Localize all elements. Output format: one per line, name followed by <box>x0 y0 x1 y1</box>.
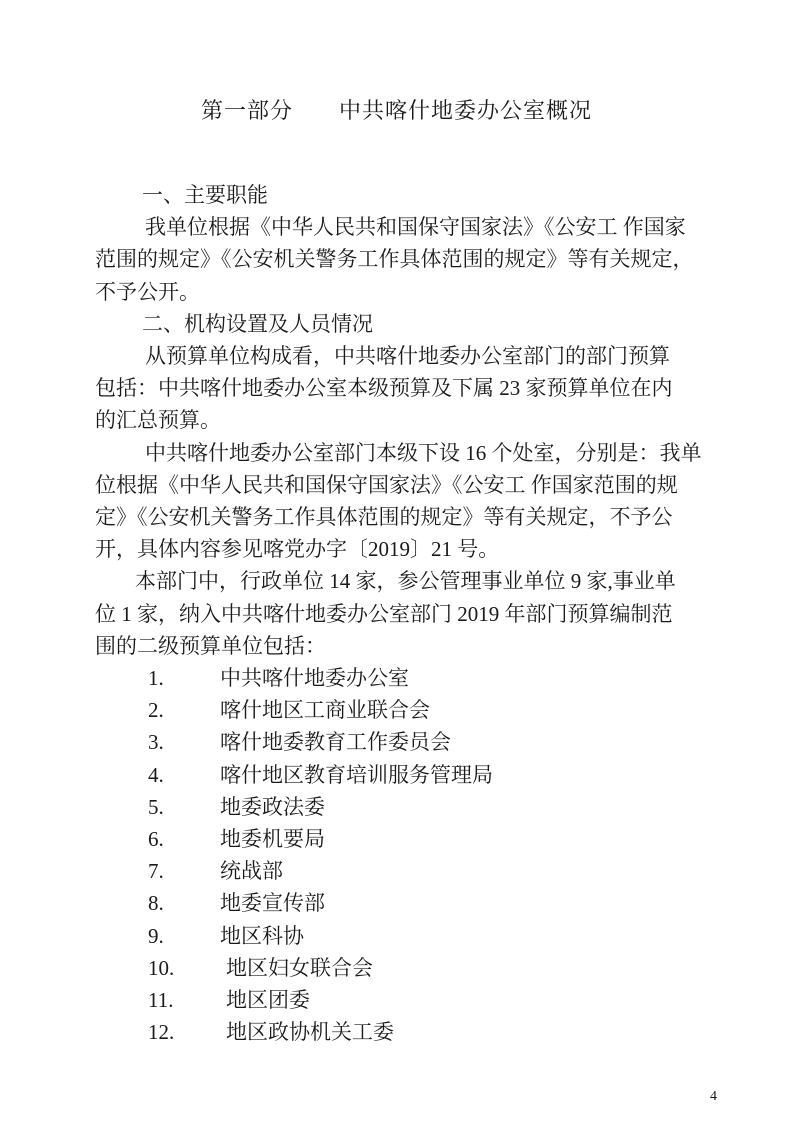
budget-unit-number: 10. <box>148 952 220 984</box>
budget-unit-name: 统战部 <box>220 855 283 887</box>
budget-unit-name: 地委政法委 <box>220 791 325 823</box>
budget-unit-list: 1.中共喀什地委办公室2.喀什地区工商业联合会3.喀什地委教育工作委员会4.喀什… <box>148 662 705 1048</box>
budget-unit-name: 地区政协机关工委 <box>220 1016 394 1048</box>
document-page: 第一部分 中共喀什地委办公室概况 一、主要职能 我单位根据《中华人民共和国保守国… <box>0 0 793 1122</box>
budget-unit-row: 3.喀什地委教育工作委员会 <box>148 726 705 758</box>
budget-unit-number: 2. <box>148 694 220 726</box>
budget-unit-number: 7. <box>148 855 220 887</box>
document-title: 第一部分 中共喀什地委办公室概况 <box>0 96 793 126</box>
budget-unit-number: 11. <box>148 984 220 1016</box>
budget-unit-row: 9.地区科协 <box>148 920 705 952</box>
budget-unit-row: 11.地区团委 <box>148 984 705 1016</box>
section-heading-main-functions: 一、主要职能 <box>95 179 705 211</box>
budget-unit-name: 地委宣传部 <box>220 887 325 919</box>
budget-unit-number: 8. <box>148 887 220 919</box>
budget-unit-name: 中共喀什地委办公室 <box>220 662 409 694</box>
paragraph-unit-counts: 本部门中，行政单位 14 家，参公管理事业单位 9 家,事业单 位 1 家，纳入… <box>95 565 705 662</box>
budget-unit-row: 2.喀什地区工商业联合会 <box>148 694 705 726</box>
budget-unit-row: 8.地委宣传部 <box>148 887 705 919</box>
budget-unit-row: 10.地区妇女联合会 <box>148 952 705 984</box>
paragraph-budget-composition: 从预算单位构成看，中共喀什地委办公室部门的部门预算 包括：中共喀什地委办公室本级… <box>95 340 705 437</box>
budget-unit-name: 喀什地区工商业联合会 <box>220 694 430 726</box>
budget-unit-name: 喀什地区教育培训服务管理局 <box>220 759 493 791</box>
budget-unit-number: 12. <box>148 1016 220 1048</box>
budget-unit-number: 4. <box>148 759 220 791</box>
budget-unit-row: 7.统战部 <box>148 855 705 887</box>
budget-unit-row: 6.地委机要局 <box>148 823 705 855</box>
budget-unit-name: 地区团委 <box>220 984 310 1016</box>
budget-unit-name: 地委机要局 <box>220 823 325 855</box>
section-heading-organization: 二、机构设置及人员情况 <box>95 308 705 340</box>
budget-unit-number: 5. <box>148 791 220 823</box>
budget-unit-row: 12.地区政协机关工委 <box>148 1016 705 1048</box>
document-body: 一、主要职能 我单位根据《中华人民共和国保守国家法》《公安工 作国家 范围的规定… <box>95 179 705 1048</box>
budget-unit-name: 地区科协 <box>220 920 304 952</box>
budget-unit-name: 地区妇女联合会 <box>220 952 373 984</box>
paragraph-main-functions: 我单位根据《中华人民共和国保守国家法》《公安工 作国家 范围的规定》《公安机关警… <box>95 211 705 308</box>
page-number: 4 <box>710 1088 717 1106</box>
budget-unit-number: 3. <box>148 726 220 758</box>
budget-unit-row: 5.地委政法委 <box>148 791 705 823</box>
budget-unit-number: 1. <box>148 662 220 694</box>
budget-unit-row: 4.喀什地区教育培训服务管理局 <box>148 759 705 791</box>
budget-unit-number: 6. <box>148 823 220 855</box>
budget-unit-number: 9. <box>148 920 220 952</box>
paragraph-internal-offices: 中共喀什地委办公室部门本级下设 16 个处室，分别是：我单 位根据《中华人民共和… <box>95 437 705 566</box>
budget-unit-row: 1.中共喀什地委办公室 <box>148 662 705 694</box>
budget-unit-name: 喀什地委教育工作委员会 <box>220 726 451 758</box>
